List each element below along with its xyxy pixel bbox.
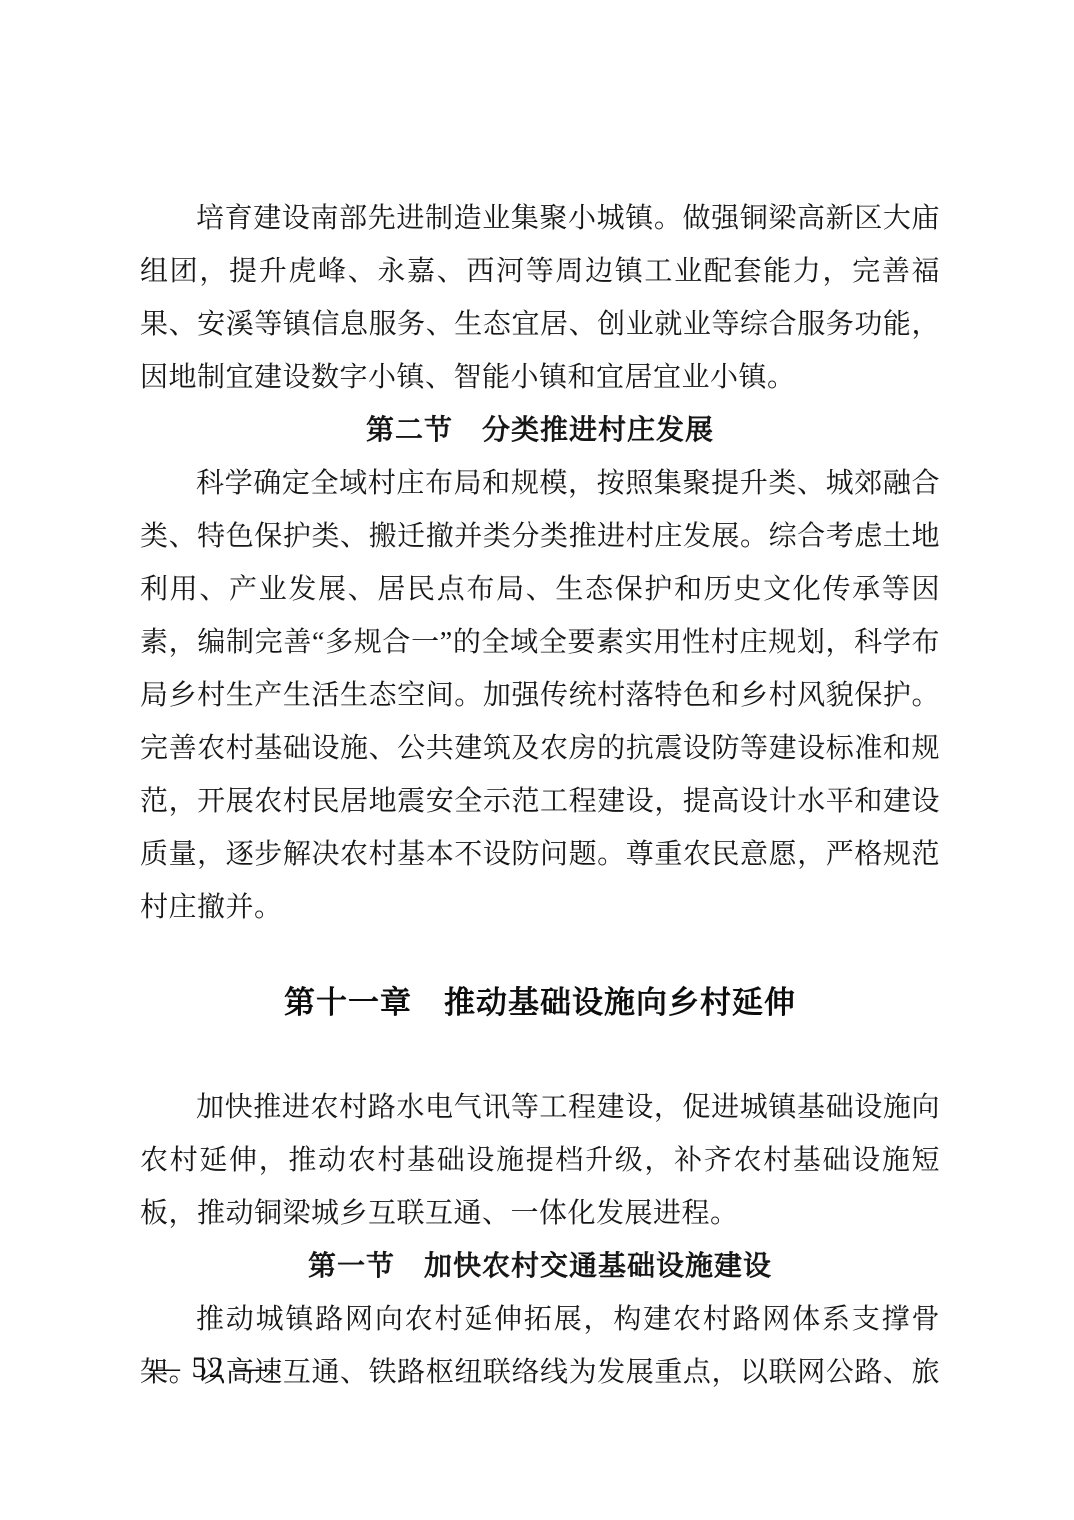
section-heading-village-development: 第二节 分类推进村庄发展: [140, 404, 940, 457]
section-heading-rural-transport: 第一节 加快农村交通基础设施建设: [140, 1240, 940, 1293]
chapter-heading-rural-infrastructure: 第十一章 推动基础设施向乡村延伸: [140, 976, 940, 1029]
paragraph-village-planning: 科学确定全域村庄布局和规模，按照集聚提升类、城郊融合类、特色保护类、搬迁撤并类分…: [140, 457, 940, 934]
document-page: 培育建设南部先进制造业集聚小城镇。做强铜梁高新区大庙组团，提升虎峰、永嘉、西河等…: [0, 0, 1074, 1520]
paragraph-small-towns: 培育建设南部先进制造业集聚小城镇。做强铜梁高新区大庙组团，提升虎峰、永嘉、西河等…: [140, 192, 940, 404]
paragraph-infrastructure-intro: 加快推进农村路水电气讯等工程建设，促进城镇基础设施向农村延伸，推动农村基础设施提…: [140, 1081, 940, 1240]
page-content: 培育建设南部先进制造业集聚小城镇。做强铜梁高新区大庙组团，提升虎峰、永嘉、西河等…: [140, 192, 940, 1399]
page-number: — 52 —: [150, 1347, 267, 1389]
